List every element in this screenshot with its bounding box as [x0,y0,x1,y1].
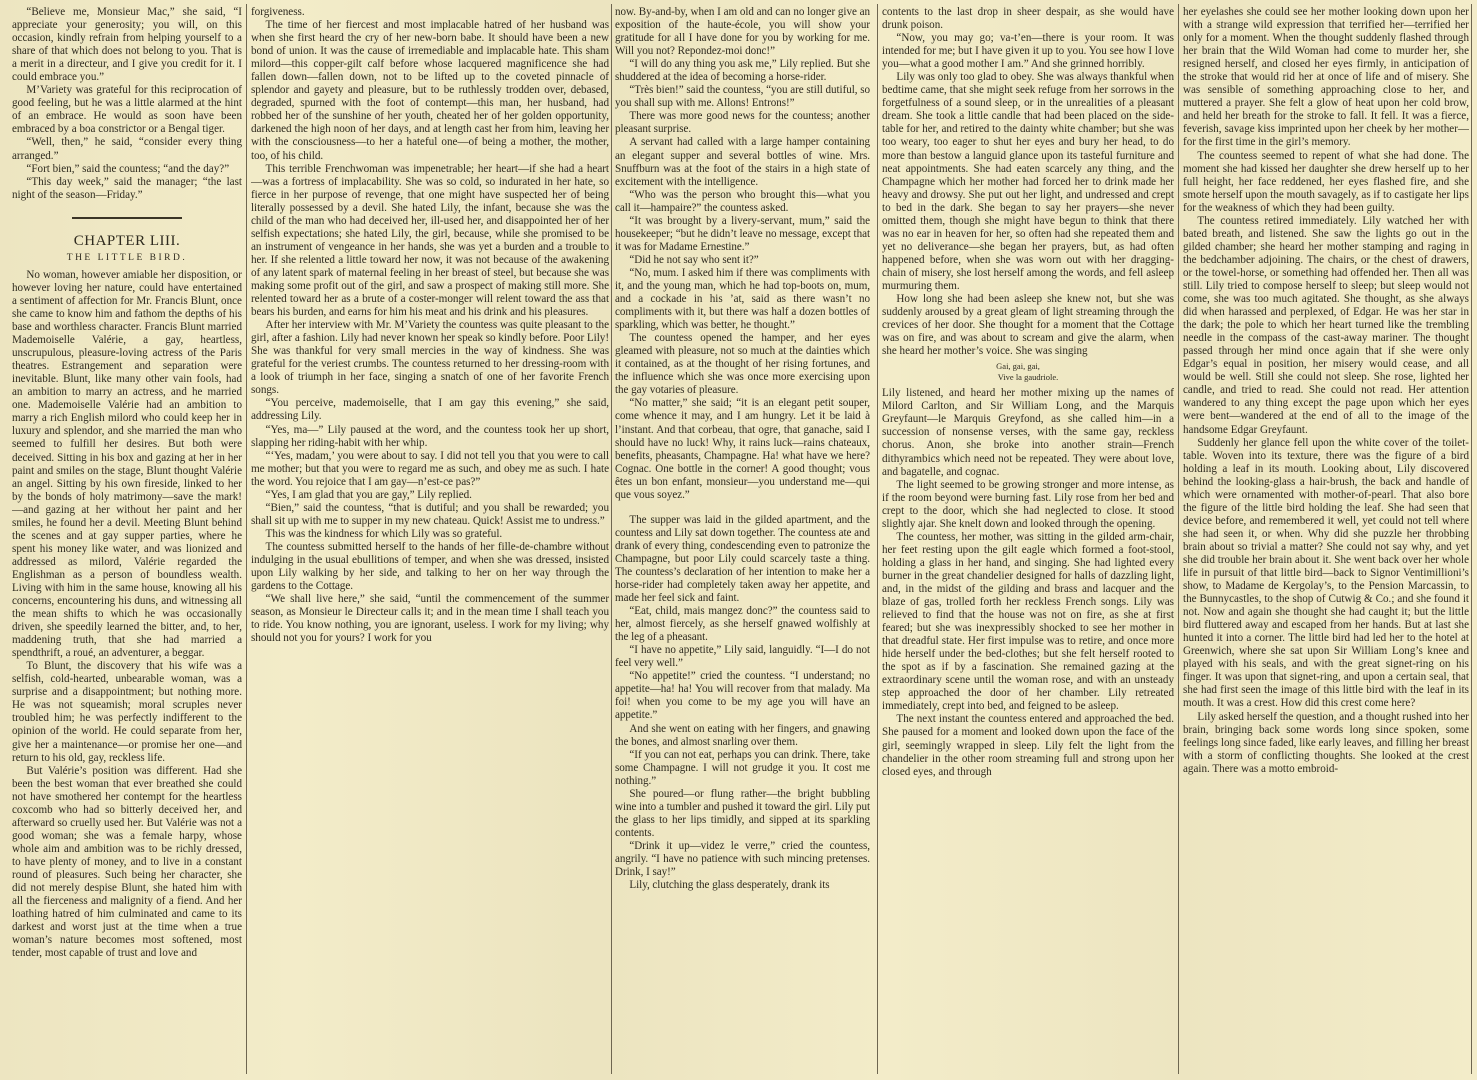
column-text: her eyelashes she could see her mother l… [1183,6,1469,776]
paragraph: The countess seemed to repent of what sh… [1183,150,1469,215]
column-1: “Believe me, Monsieur Mac,” she said, “I… [12,6,242,1076]
paragraph: her eyelashes she could see her mother l… [1183,6,1469,150]
paragraph: “Très bien!” said the countess, “you are… [615,84,870,110]
paragraph: This was the kindness for which Lily was… [251,528,609,541]
column-text: forgiveness.The time of her fiercest and… [251,6,609,645]
column-2: forgiveness.The time of her fiercest and… [251,6,609,1076]
column-5: her eyelashes she could see her mother l… [1183,6,1469,1076]
paragraph: There was more good news for the countes… [615,110,870,136]
song-verse: Gai, gai, gai, Vive la gaudriole. [882,361,1174,383]
paragraph: forgiveness. [251,6,609,19]
paragraph: Lily listened, and heard her mother mixi… [882,387,1174,478]
paragraph: “No appetite!” cried the countess. “I un… [615,670,870,722]
paragraph: now. By-and-by, when I am old and can no… [615,6,870,58]
chapter-subtitle: THE LITTLE BIRD. [12,252,242,265]
paragraph: “I will do any thing you ask me,” Lily r… [615,58,870,84]
paragraph: contents to the last drop in sheer despa… [882,6,1174,32]
paragraph: “Drink it up—videz le verre,” cried the … [615,840,870,879]
paragraph: “You perceive, mademoiselle, that I am g… [251,397,609,423]
paragraph: “Believe me, Monsieur Mac,” she said, “I… [12,6,242,84]
paragraph: “Did he not say who sent it?” [615,254,870,267]
column-text: contents to the last drop in sheer despa… [882,6,1174,358]
paragraph: “We shall live here,” she said, “until t… [251,593,609,645]
verse-line: Vive la gaudriole. [882,372,1174,383]
paragraph: “This day week,” said the manager; “the … [12,176,242,202]
paragraph: “It was brought by a livery-servant, mum… [615,215,870,254]
paragraph: “Yes, ma—” Lily paused at the word, and … [251,424,609,450]
paragraph: The next instant the countess entered an… [882,713,1174,778]
paragraph: M’Variety was grateful for this reciproc… [12,84,242,136]
paragraph: How long she had been asleep she knew no… [882,293,1174,358]
paragraph: The supper was laid in the gilded apartm… [615,514,870,605]
paragraph: A servant had called with a large hamper… [615,136,870,188]
paragraph: The light seemed to be growing stronger … [882,479,1174,531]
paragraph: “I have no appetite,” Lily said, languid… [615,644,870,670]
paragraph: Lily, clutching the glass desperately, d… [615,879,870,892]
paragraph: “If you can not eat, perhaps you can dri… [615,749,870,788]
paragraph: The countess retired immediately. Lily w… [1183,215,1469,437]
column-text: The supper was laid in the gilded apartm… [615,514,870,892]
paragraph: “Well, then,” he said, “consider every t… [12,136,242,162]
paragraph: Suddenly her glance fell upon the white … [1183,437,1469,711]
column-rule [1178,4,1179,1074]
chapter-body: No woman, however amiable her dispositio… [12,269,242,960]
paragraph: The time of her fiercest and most implac… [251,19,609,163]
paragraph: “Yes, I am glad that you are gay,” Lily … [251,489,609,502]
paragraph: She poured—or flung rather—the bright bu… [615,788,870,840]
paragraph: “‘Yes, madam,’ you were about to say. I … [251,450,609,489]
paragraph: And she went on eating with her fingers,… [615,723,870,749]
paragraph: No woman, however amiable her dispositio… [12,269,242,660]
paragraph: “Fort bien,” said the countess; “and the… [12,163,242,176]
column-rule [1471,4,1472,1074]
pre-chapter-text: “Believe me, Monsieur Mac,” she said, “I… [12,6,242,202]
verse-line: Gai, gai, gai, [882,361,1174,372]
paragraph: The countess opened the hamper, and her … [615,332,870,397]
paragraph: To Blunt, the discovery that his wife wa… [12,660,242,764]
paragraph: “No, mum. I asked him if there was compl… [615,267,870,332]
column-rule [877,4,878,1074]
chapter-separator [12,212,242,225]
paragraph: “Bien,” said the countess, “that is duti… [251,502,609,528]
paragraph: “Now, you may go; va-t’en—there is your … [882,32,1174,71]
column-3: now. By-and-by, when I am old and can no… [615,6,870,1076]
paragraph: Lily was only too glad to obey. She was … [882,71,1174,293]
paragraph: This terrible Frenchwoman was impenetrab… [251,163,609,320]
paragraph: After her interview with Mr. M’Variety t… [251,319,609,397]
chapter-title: CHAPTER LIII. [12,235,242,248]
column-rule [611,4,612,1074]
paragraph: “No matter,” she said; “it is an elegant… [615,397,870,501]
paragraph: The countess submitted herself to the ha… [251,541,609,593]
paragraph: The countess, her mother, was sitting in… [882,531,1174,714]
paragraph: Lily asked herself the question, and a t… [1183,711,1469,776]
newspaper-page: “Believe me, Monsieur Mac,” she said, “I… [0,0,1477,1080]
column-text: Lily listened, and heard her mother mixi… [882,387,1174,778]
paragraph: But Valérie’s position was different. Ha… [12,765,242,961]
column-rule [246,4,247,1074]
paragraph: “Who was the person who brought this—wha… [615,189,870,215]
paragraph: “Eat, child, mais mangez donc?” the coun… [615,605,870,644]
column-4: contents to the last drop in sheer despa… [882,6,1174,1076]
column-text: now. By-and-by, when I am old and can no… [615,6,870,502]
